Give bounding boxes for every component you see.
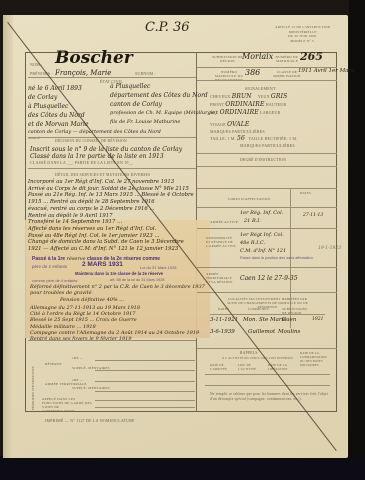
divider [197, 292, 337, 293]
postes-sub: 1re ... [72, 356, 83, 360]
footer-note: Imprimé — N° 1127 de la Nomenclature [45, 418, 135, 423]
disponibilite-2: C.M. d'Inf. N° 121 [240, 248, 286, 254]
divider [28, 137, 196, 138]
divider [95, 400, 195, 401]
divider [28, 77, 196, 78]
stamp-comme-pere: comme père de 4 enfants [32, 278, 77, 283]
divider [197, 188, 337, 189]
remarque-note: Ne remplir ce tableau que pour les homme… [210, 392, 330, 402]
disponibilite-1: 48e R.I.C. [240, 240, 265, 246]
divider [197, 267, 337, 268]
signal-row-nez: Nez ordinaire largeur [210, 109, 280, 116]
signal-row-marques: Marques particulières [210, 129, 265, 134]
divider [95, 370, 195, 371]
addr-subdivision-1: Moulins [278, 329, 300, 335]
instruction-heading: DEGRÉ D'INSTRUCTION [240, 158, 286, 162]
addr-date-1: 3-6-1939 [210, 329, 235, 335]
ec-right-4: fils de Fr. Louise Mathurine [110, 119, 180, 125]
passe-sans-affectation: Passé dans la position des sans affectat… [240, 256, 313, 260]
divider [197, 166, 337, 167]
ec-right-0: à Plusquellec [110, 83, 150, 90]
campagnes-list: Allemagne du 27-11-1913 au 19 Mars 1918 … [30, 305, 205, 342]
rappels-right-header: Date de la condamnation ou des mises mil… [300, 351, 330, 367]
divider [95, 407, 195, 408]
divider [95, 381, 195, 382]
pension-note: Pension définitive 40% ... [60, 297, 124, 303]
armee-active-0: 1er Rég. Inf. Col. [240, 210, 283, 216]
numero-label: Numéro du matricule [272, 55, 302, 63]
corps-affectation-heading: CORPS D'AFFECTATION [228, 197, 270, 201]
ec-left-1: de Corlay [28, 94, 57, 101]
ec-left-2: à Plusquellec [28, 103, 68, 110]
subdivision-value: Morlaix [242, 52, 273, 61]
divider [197, 153, 337, 154]
side-date: 19-1-1923 [318, 246, 341, 251]
rappels-col-1: Lieu de l'activité [238, 363, 260, 371]
rappels-sub: À L'ACTIVITÉ EN VERTU DES LOIS DIVERSES [222, 356, 293, 360]
armee-terr-label: Armée territoriale et sa réserve [206, 272, 236, 285]
numero-value: 265 [300, 50, 323, 63]
cote-number: C.P. 36 [145, 20, 190, 35]
disponibilite-0: 1er Régt Inf. Col. [240, 232, 284, 238]
article-reference: Article 15 de l'Instruction ministériell… [275, 25, 330, 43]
subdivision-label: Subdivision de région [210, 55, 245, 63]
postes-sub: supplé- mentaires [72, 386, 110, 390]
periodes-heading: Périodes d'exercices [31, 350, 35, 410]
ec-right-1: département des Côtes du Nord [110, 92, 208, 99]
divider [28, 168, 196, 169]
scan-background-bottom [0, 456, 365, 480]
divider [205, 374, 330, 375]
addr-mark-0: 1921 [312, 317, 323, 322]
postes-sub: 1re ... [72, 378, 83, 382]
addr-commune-0: Mon. Ste Marie [243, 317, 287, 323]
signal-row-taille: Taille: 1 m. 56 Taille rectifiée: 1 m. [210, 135, 297, 142]
page-binding-edge [3, 15, 13, 458]
divider [28, 340, 196, 341]
divider [95, 391, 195, 392]
addr-commune-1: Guillemot [248, 329, 275, 335]
divider [197, 228, 337, 229]
signalement-heading: SIGNALEMENT [245, 86, 276, 91]
ec-right-3: profession de Ch. M. Equipe (Métallurgie… [110, 110, 217, 116]
stamp-pere-de: père de 2 enfants [32, 264, 67, 269]
services-heading: DÉTAIL DES SERVICES ET MUTATIONS DIVERSE… [55, 173, 150, 177]
reforme-note: Réformé définitivement n° 2 par la C.R. … [30, 284, 205, 296]
divider [210, 314, 325, 315]
divider [197, 80, 337, 81]
stamp-maintenu: Maintenu dans la 1re classe de la 2e rés… [75, 271, 163, 276]
ec-left-4: et de Morvan Marie [28, 121, 89, 128]
disponibilite-label: Disponibilité et réserve de l'armée acti… [206, 236, 236, 249]
armee-active-1: 21 R.I. [244, 218, 261, 224]
postes-row-garde: Appelé dans les fonctions de garde des v… [42, 397, 92, 413]
divider [95, 360, 195, 361]
rappels-col-0: Date de l'arrivée [210, 363, 232, 371]
signal-row-cheveux: Cheveux brun Yeux gris [210, 93, 287, 100]
autres-marques: MARQUES PARTICULIÈRES [240, 143, 295, 148]
signal-row-visage: Visage ovale [210, 121, 250, 128]
decision-heading: DÉCISION DU CONSEIL DE RÉVISION [55, 139, 127, 143]
divider [197, 348, 337, 349]
surname: Boscher [55, 48, 133, 68]
stamp-article: art. 58 de la loi du 31 Mars 1928 [110, 278, 164, 282]
date-stamp: 2 MARS 1931 [82, 261, 123, 268]
divider [197, 207, 337, 208]
postes-row-reserve: Réserve [45, 362, 62, 366]
classe-value: 1911 Avril 1er Mars [298, 68, 354, 74]
first-names: François, Marie [55, 69, 111, 77]
label-surnom: Surnom : [135, 71, 156, 76]
classe-line-1: Classé dans la 1re partie de la liste en… [30, 153, 164, 160]
addr-subdivision-0: Caen [282, 317, 296, 323]
dates-col-heading: DATES [300, 191, 311, 195]
recrutement-value: 386 [245, 68, 260, 77]
armee-active-dates: 27-11-13 [303, 213, 323, 218]
scan-background-top [0, 0, 365, 16]
ec-right-2: canton de Corlay [110, 101, 162, 108]
addr-col-communes: Communes [248, 307, 269, 311]
divider [205, 385, 330, 386]
rappels-heading: RAPPELS [240, 351, 258, 355]
stamp-loi: Loi du 31 Mars 1928 [140, 265, 176, 270]
armee-terr-value: Caen 12 le 27-9-35 [240, 275, 298, 282]
signal-row-front: Front ordinaire hauteur [210, 101, 286, 108]
armee-active-label: Armée active [210, 220, 238, 224]
